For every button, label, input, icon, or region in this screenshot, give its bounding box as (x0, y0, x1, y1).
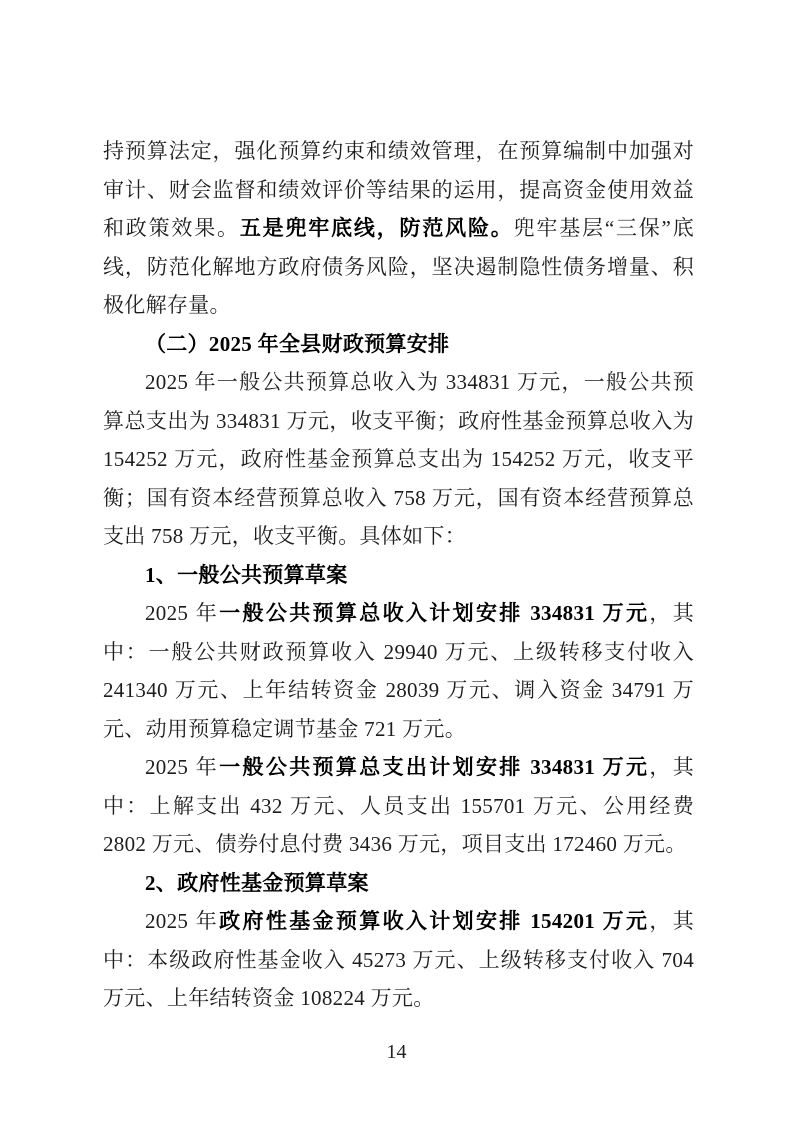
document-body: 持预算法定，强化预算约束和绩效管理，在预算编制中加强对审计、财会监督和绩效评价等… (103, 132, 694, 1018)
subheading-government-fund-budget-draft: 2、政府性基金预算草案 (103, 864, 694, 903)
emphasis-text: 五是兜牢底线，防范风险。 (240, 216, 514, 240)
subheading-general-public-budget-draft: 1、一般公共预算草案 (103, 556, 694, 595)
paragraph-general-income: 2025 年一般公共预算总收入计划安排 334831 万元，其中：一般公共财政预… (103, 594, 694, 748)
paragraph-risk-prevention: 持预算法定，强化预算约束和绩效管理，在预算编制中加强对审计、财会监督和绩效评价等… (103, 132, 694, 325)
body-text: 2025 年 (145, 601, 219, 625)
section-heading-budget-plan: （二）2025 年全县财政预算安排 (103, 325, 694, 364)
paragraph-fund-income: 2025 年政府性基金预算收入计划安排 154201 万元，其中：本级政府性基金… (103, 902, 694, 1018)
emphasis-text: 一般公共预算总支出计划安排 334831 万元 (219, 755, 649, 779)
page-footer: 14 (0, 1041, 793, 1063)
body-text: 2025 年 (145, 909, 219, 933)
paragraph-general-expense: 2025 年一般公共预算总支出计划安排 334831 万元，其中：上解支出 43… (103, 748, 694, 864)
page-number: 14 (387, 1041, 407, 1063)
body-text: 2025 年 (145, 755, 219, 779)
paragraph-budget-overview: 2025 年一般公共预算总收入为 334831 万元，一般公共预算总支出为 33… (103, 363, 694, 556)
emphasis-text: 政府性基金预算收入计划安排 154201 万元 (219, 909, 649, 933)
document-page: 持预算法定，强化预算约束和绩效管理，在预算编制中加强对审计、财会监督和绩效评价等… (0, 0, 793, 1122)
emphasis-text: 一般公共预算总收入计划安排 334831 万元 (219, 601, 649, 625)
